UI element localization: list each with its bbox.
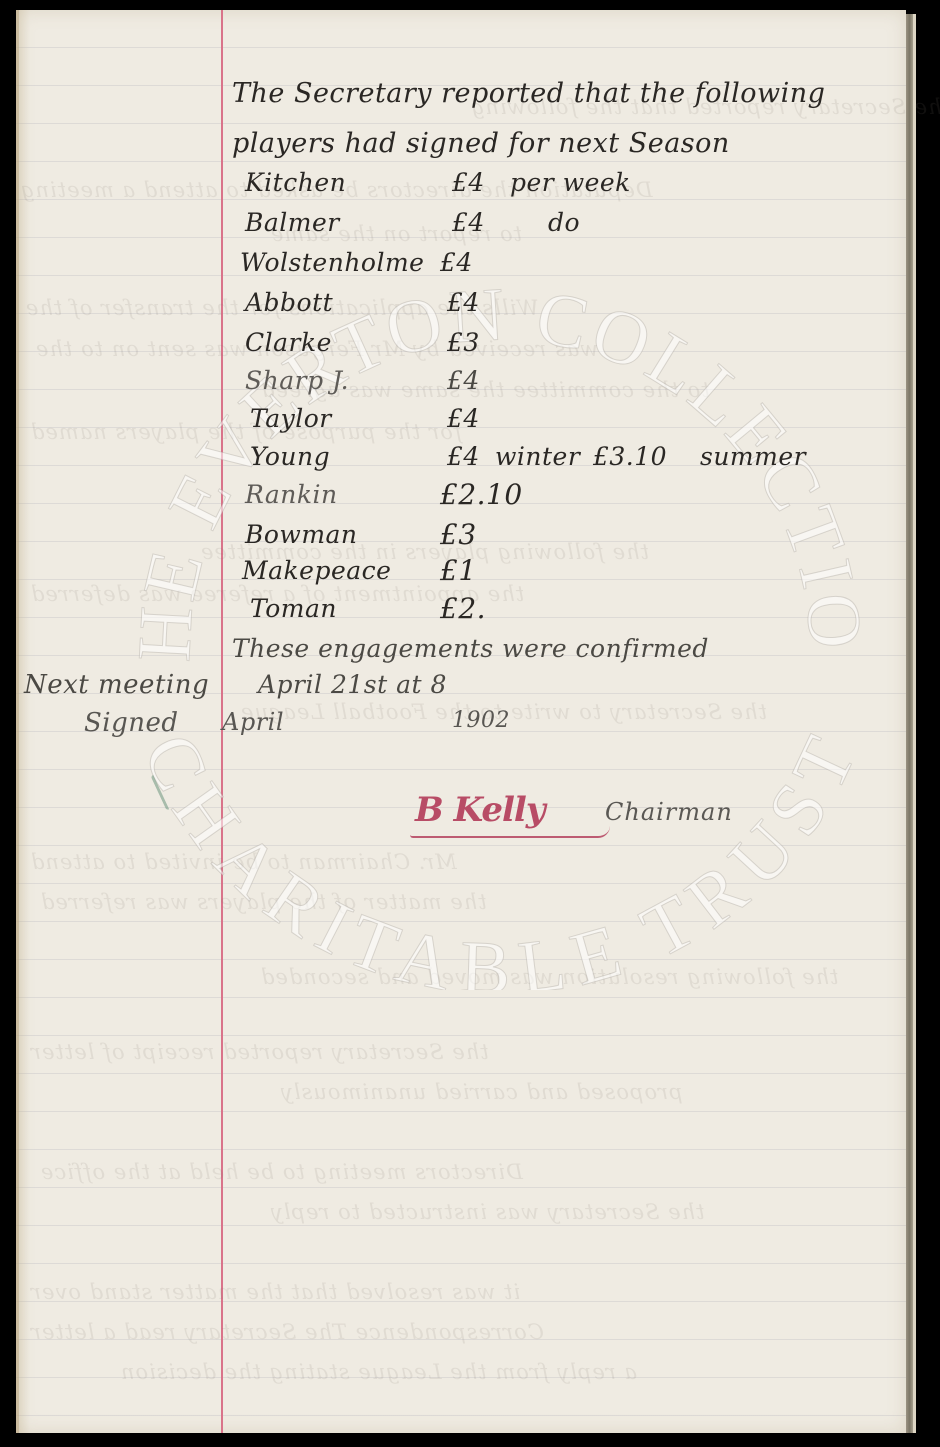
player-amount: £3	[447, 328, 480, 357]
player-name: Wolstenholme	[240, 248, 424, 277]
player-note: do	[548, 208, 580, 237]
bleed-line: Mr. Chairman to be invited to attend	[30, 850, 457, 874]
page-edge	[16, 10, 19, 1433]
player-amount-2: £3.10	[593, 442, 667, 471]
player-note: per week	[510, 168, 631, 197]
player-amount: £4	[447, 404, 480, 433]
player-name: Kitchen	[245, 168, 346, 197]
player-name: Makepeace	[242, 556, 391, 585]
signed-month: April	[222, 708, 284, 736]
intro-line-1: The Secretary reported that the followin…	[232, 78, 825, 109]
signature-flourish	[410, 826, 610, 838]
player-name: Clarke	[245, 328, 332, 357]
book-binding	[906, 14, 913, 1433]
bleed-line: Correspondence The Secretary read a lett…	[30, 1320, 544, 1344]
player-name: Bowman	[245, 520, 358, 549]
player-amount: £4	[440, 248, 473, 277]
player-amount: £2.10	[440, 478, 523, 511]
player-note-2: summer	[700, 442, 806, 471]
player-amount: £4	[447, 442, 480, 471]
bleed-line: it was resolved that the matter stand ov…	[30, 1280, 520, 1304]
player-amount: £4	[447, 366, 480, 395]
signatory-role: Chairman	[605, 798, 733, 826]
player-amount: £1	[440, 554, 477, 587]
intro-line-2: players had signed for next Season	[232, 128, 730, 159]
bleed-line: proposed and carried unanimously	[280, 1080, 683, 1104]
player-amount: £3	[440, 518, 477, 551]
player-name: Sharp J.	[245, 366, 349, 395]
signed-year: 1902	[452, 708, 510, 733]
next-meeting-value: April 21st at 8	[258, 670, 447, 699]
bleed-line: a reply from the League stating the deci…	[120, 1360, 637, 1384]
bleed-line: for the purpose of the players named	[30, 420, 462, 444]
player-amount: £2.	[440, 592, 486, 625]
bleed-line: the matter of the players was referred	[40, 890, 487, 914]
player-amount: £4	[452, 168, 485, 197]
bleed-line: the Secretary reported receipt of letter	[30, 1040, 489, 1064]
player-name: Balmer	[245, 208, 340, 237]
signed-label: Signed	[84, 708, 179, 738]
player-note: winter	[495, 442, 580, 471]
chairman-signature: B Kelly	[415, 790, 545, 830]
bleed-line: the Secretary was instructed to reply	[270, 1200, 705, 1224]
next-meeting-label: Next meeting	[24, 670, 209, 700]
bleed-line: the following resolution was moved and s…	[260, 965, 839, 989]
bleed-line: Directors meeting to be held at the offi…	[40, 1160, 523, 1184]
book-binding-edge	[913, 14, 916, 1433]
player-amount: £4	[452, 208, 485, 237]
player-name: Rankin	[245, 480, 338, 509]
player-name: Young	[250, 442, 330, 471]
player-amount: £4	[447, 288, 480, 317]
player-name: Abbott	[245, 288, 333, 317]
player-name: Toman	[250, 594, 337, 623]
player-name: Taylor	[250, 404, 332, 433]
confirmation-line: These engagements were confirmed	[232, 634, 709, 663]
